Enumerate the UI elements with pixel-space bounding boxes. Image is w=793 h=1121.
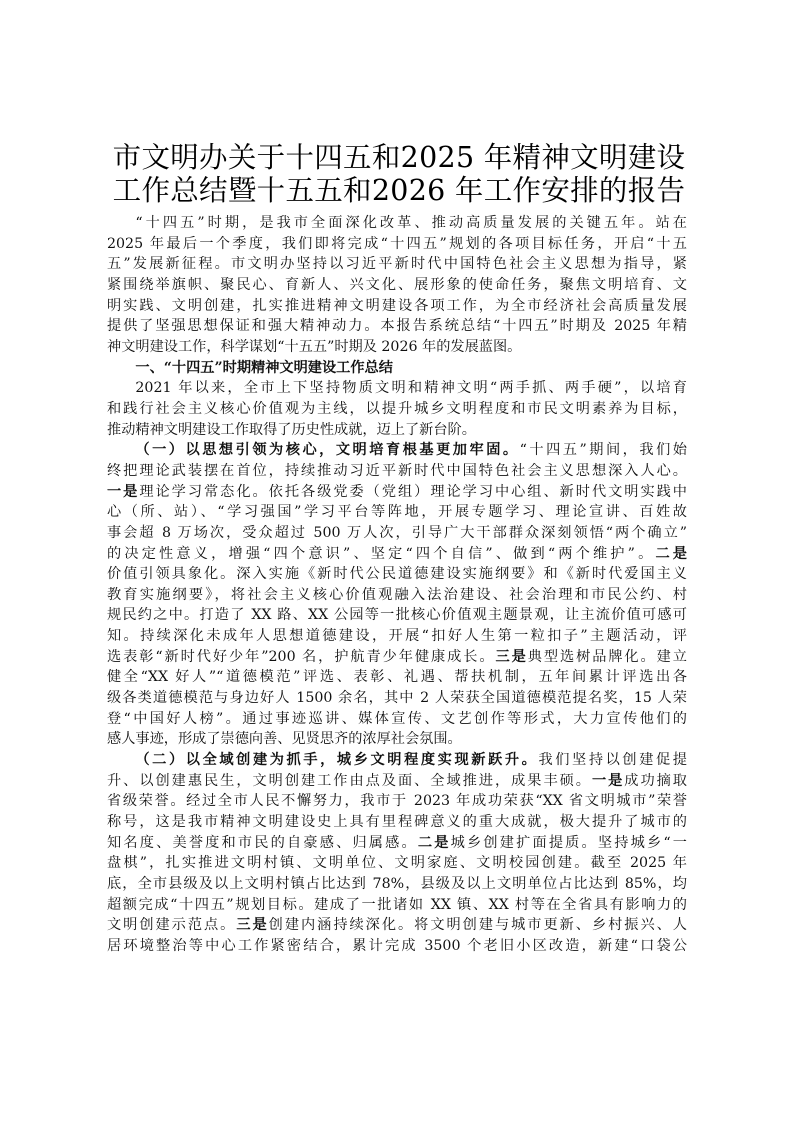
text-run: 升、以创建惠民生，文明创建工作由点及面、全域推进，成果丰硕。	[107, 773, 592, 789]
point-marker: 二是	[655, 546, 687, 562]
text-line: 紧围绕举旗帜、聚民心、育新人、兴文化、展形象的使命任务，聚焦文明培育、文	[107, 275, 687, 296]
text-line: 和践行社会主义核心价值观为主线，以提升城乡文明程度和市民文明素养为目标，	[107, 399, 687, 420]
text-line: 知名度、美誉度和市民的自豪感、归属感。二是城乡创建扩面提质。坚持城乡“一	[107, 833, 687, 854]
title-line-1: 市文明办关于十四五和2025 年精神文明建设	[104, 141, 694, 174]
text-line: 级各类道德模范与身边好人 1500 余名，其中 2 人荣获全国道德模范提名奖，1…	[107, 688, 687, 709]
text-line: 神文明建设工作，科学谋划“十五五”时期及 2026 年的发展蓝图。	[107, 337, 687, 358]
text-run: 的决定性意义，增强“四个意识”、坚定“四个自信”、做到“两个维护”。	[107, 546, 655, 562]
text-line: 2021 年以来，全市上下坚持物质文明和精神文明“两手抓、两手硬”，以培育	[107, 378, 687, 399]
section1-intro-paragraph: 2021 年以来，全市上下坚持物质文明和精神文明“两手抓、两手硬”，以培育 和践…	[107, 378, 687, 440]
text-line: 五”发展新征程。市文明办坚持以习近平新时代中国特色社会主义思想为指导，紧	[107, 254, 687, 275]
text-line: 升、以创建惠民生，文明创建工作由点及面、全域推进，成果丰硕。一是成功摘取	[107, 771, 687, 792]
document-title: 市文明办关于十四五和2025 年精神文明建设 工作总结暨十五五和2026 年工作…	[104, 141, 694, 207]
text-run: 典型选树品牌化。建立	[528, 649, 687, 665]
point-marker: 三是	[495, 649, 527, 665]
text-line: “十四五”时期，是我市全面深化改革、推动高质量发展的关键五年。站在	[107, 213, 687, 234]
text-line: 选表彰“新时代好少年”200 名，护航青少年健康成长。三是典型选树品牌化。建立	[107, 647, 687, 668]
text-line: 知。持续深化未成年人思想道德建设，开展“扣好人生第一粒扣子”主题活动，评	[107, 626, 687, 647]
text-line: 盘棋”，扎实推进文明村镇、文明单位、文明家庭、文明校园创建。截至 2025 年	[107, 853, 687, 874]
text-line: 事会超 8 万场次，受众超过 500 万人次，引导广大干部群众深刻领悟“两个确立…	[107, 523, 687, 544]
text-line: 称号，这是我市精神文明建设史上具有里程碑意义的重大成就，极大提升了城市的	[107, 812, 687, 833]
text-line: 提供了坚强思想保证和强大精神动力。本报告系统总结“十四五”时期及 2025 年精	[107, 316, 687, 337]
text-line: 2025 年最后一个季度，我们即将完成“十四五”规划的各项目标任务，开启“十五	[107, 234, 687, 255]
text-run: 城乡创建扩面提质。坚持城乡“一	[451, 835, 687, 851]
text-line: 心（所、站）、“学习强国”学习平台等阵地，开展专题学习、理论宣讲、百姓故	[107, 502, 687, 523]
text-run: 我们坚持以创建促提	[538, 752, 687, 768]
subsection-1-paragraph: （一）以思想引领为核心，文明培育根基更加牢固。“十四五”期间，我们始 终把理论武…	[107, 440, 687, 750]
point-marker: 一是	[592, 773, 624, 789]
text-run: 理论学习常态化。依托各级党委（党组）理论学习中心组、新时代文明实践中	[139, 484, 687, 500]
text-line: 登“中国好人榜”。通过事迹巡讲、媒体宣传、文艺创作等形式，大力宣传他们的	[107, 709, 687, 730]
document-body: “十四五”时期，是我市全面深化改革、推动高质量发展的关键五年。站在 2025 年…	[107, 213, 687, 957]
document-page: 市文明办关于十四五和2025 年精神文明建设 工作总结暨十五五和2026 年工作…	[0, 0, 793, 1121]
text-line: 一是理论学习常态化。依托各级党委（党组）理论学习中心组、新时代文明实践中	[107, 482, 687, 503]
text-line: 规民约之中。打造了 XX 路、XX 公园等一批核心价值观主题景观，让主流价值可感…	[107, 605, 687, 626]
text-line: 教育实施纲要》，将社会主义核心价值观融入法治建设、社会治理和市民公约、村	[107, 585, 687, 606]
text-line: 省级荣誉。经过全市人民不懈努力，我市于 2023 年成功荣获“XX 省文明城市”…	[107, 791, 687, 812]
text-line: 推动精神文明建设工作取得了历史性成就，迈上了新台阶。	[107, 420, 687, 441]
point-marker: 二是	[418, 835, 451, 851]
text-line: 文明创建示范点。三是创建内涵持续深化。将文明创建与城市更新、乡村振兴、人	[107, 915, 687, 936]
text-line: （一）以思想引领为核心，文明培育根基更加牢固。“十四五”期间，我们始	[107, 440, 687, 461]
text-line: （二）以全域创建为抓手，城乡文明程度实现新跃升。我们坚持以创建促提	[107, 750, 687, 771]
subsection-2-paragraph: （二）以全域创建为抓手，城乡文明程度实现新跃升。我们坚持以创建促提 升、以创建惠…	[107, 750, 687, 957]
intro-paragraph: “十四五”时期，是我市全面深化改革、推动高质量发展的关键五年。站在 2025 年…	[107, 213, 687, 358]
text-line: 价值引领具象化。深入实施《新时代公民道德建设实施纲要》和《新时代爱国主义	[107, 564, 687, 585]
text-run: 知名度、美誉度和市民的自豪感、归属感。	[107, 835, 418, 851]
text-line: 明实践、文明创建，扎实推进精神文明建设各项工作，为全市经济社会高质量发展	[107, 296, 687, 317]
text-line: 居环境整治等中心工作紧密结合，累计完成 3500 个老旧小区改造，新建“口袋公	[107, 936, 687, 957]
section-heading-1: 一、“十四五”时期精神文明建设工作总结	[107, 358, 687, 379]
text-line: 超额完成“十四五”规划目标。建成了一批诸如 XX 镇、XX 村等在全省具有影响力…	[107, 895, 687, 916]
text-run: 成功摘取	[624, 773, 687, 789]
text-line: 底，全市县级及以上文明村镇占比达到 78%，县级及以上文明单位占比达到 85%，…	[107, 874, 687, 895]
text-run: 创建内涵持续深化。将文明创建与城市更新、乡村振兴、人	[269, 917, 687, 933]
point-marker: 三是	[236, 917, 268, 933]
text-line: 感人事迹，形成了崇德向善、见贤思齐的浓厚社会氛围。	[107, 729, 687, 750]
subsection-2-heading: （二）以全域创建为抓手，城乡文明程度实现新跃升。	[135, 752, 538, 768]
title-line-2: 工作总结暨十五五和2026 年工作安排的报告	[104, 174, 694, 207]
text-run: 选表彰“新时代好少年”200 名，护航青少年健康成长。	[107, 649, 495, 665]
point-marker: 一是	[107, 484, 139, 500]
text-run: “十四五”期间，我们始	[520, 442, 687, 458]
subsection-1-heading: （一）以思想引领为核心，文明培育根基更加牢固。	[135, 442, 519, 458]
text-line: 健全“XX 好人”“道德模范”评选、表彰、礼遇、帮扶机制，五年间累计评选出各	[107, 667, 687, 688]
text-line: 的决定性意义，增强“四个意识”、坚定“四个自信”、做到“两个维护”。二是	[107, 544, 687, 565]
text-run: 文明创建示范点。	[107, 917, 236, 933]
text-line: 终把理论武装摆在首位，持续推动习近平新时代中国特色社会主义思想深入人心。	[107, 461, 687, 482]
